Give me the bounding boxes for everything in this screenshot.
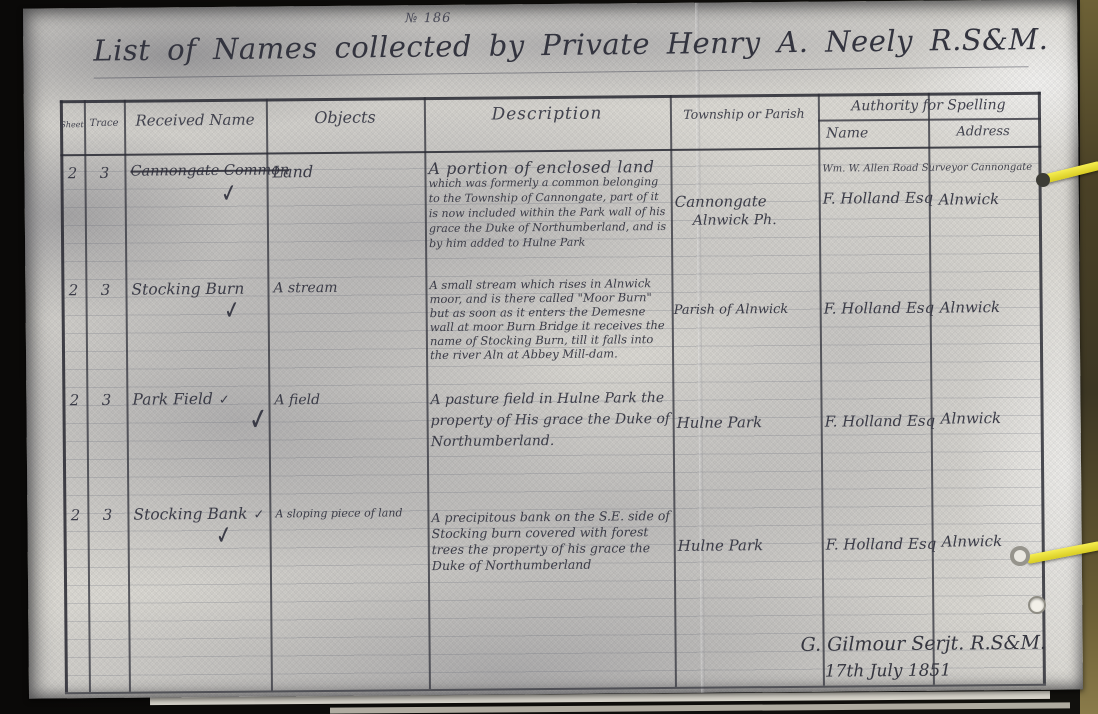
sheet-cell: 2	[61, 281, 85, 299]
authority-name-cell: F. Holland Esq	[823, 189, 953, 208]
description-cell: A small stream which rises in Alnwick mo…	[429, 276, 672, 362]
received-name: Park Field✓	[132, 389, 292, 409]
punched-hole	[1028, 596, 1046, 614]
description-cell: A precipitous bank on the S.E. side of S…	[431, 508, 674, 574]
sheet-cell: 2	[60, 164, 84, 182]
column-header-authority: Authority for Spelling	[818, 97, 1039, 116]
check-mark-icon: ✓	[214, 519, 234, 552]
trace-cell: 3	[84, 164, 124, 182]
page-number: № 186	[405, 11, 451, 27]
township-cell: Hulne Park	[678, 536, 820, 555]
table-row: 2 3 Park Field✓ ✓ A field A pasture fiel…	[23, 0, 1077, 9]
column-header-authority-address: Address	[930, 124, 1036, 141]
township-cell: Parish of Alnwick	[674, 302, 816, 319]
address-cell: Alnwick	[940, 298, 1040, 317]
object-cell: A stream	[273, 279, 423, 297]
authority-name-cell: Wm. W. Allen Road Surveyor Cannongate	[822, 163, 952, 176]
check-mark-icon: ✓	[222, 294, 242, 327]
object-cell: A sloping piece of land	[275, 506, 425, 520]
object-cell: A field	[274, 391, 424, 409]
signature-date: 17th July 1851	[825, 661, 951, 682]
column-header-objects: Objects	[266, 107, 424, 128]
trace-cell: 3	[85, 281, 125, 299]
address-cell: Alnwick	[939, 190, 1039, 209]
check-mark-icon: ✓	[213, 393, 230, 408]
address-cell: Alnwick	[941, 409, 1041, 428]
sheet-cell: 2	[62, 391, 86, 409]
column-header-trace: Trace	[84, 118, 124, 130]
photo-frame: № 186 List of Names collected by Private…	[0, 0, 1098, 714]
township-cell: Cannongate	[675, 192, 817, 211]
column-header-received-name: Received Name	[124, 110, 266, 129]
received-name: Stocking Burn	[131, 279, 291, 299]
sheet-cell: 2	[63, 506, 87, 524]
document-page: № 186 List of Names collected by Private…	[23, 0, 1083, 699]
description-cell: A portion of enclosed land which was for…	[428, 159, 671, 251]
township-cell-line2: Alnwick Ph.	[693, 212, 835, 230]
surveyor-signature: G. Gilmour Serjt. R.S&M.	[800, 632, 1046, 657]
table-row: 2 3 Stocking Burn ✓ A stream A small str…	[23, 0, 1077, 9]
authority-name-cell: F. Holland Esq	[825, 411, 955, 430]
column-header-sheet: Sheet	[59, 120, 85, 130]
page-title: List of Names collected by Private Henry…	[93, 22, 1028, 78]
cord-knot	[1036, 173, 1050, 187]
authority-name-cell: F. Holland Esq	[824, 299, 954, 318]
description-cell: A pasture field in Hulne Park the proper…	[430, 388, 673, 453]
table-row: 2 3 Cannongate Common ✓ Land A portion o…	[23, 0, 1077, 9]
stacked-sheet-edge	[330, 702, 1070, 713]
trace-cell: 3	[86, 391, 126, 409]
table-row: 2 3 Stocking Bank✓ ✓ A sloping piece of …	[23, 0, 1077, 9]
township-cell: Hulne Park	[677, 413, 819, 432]
received-name-text: Park Field	[132, 390, 213, 409]
received-name: Cannongate Common	[130, 162, 290, 181]
check-mark-icon: ✓	[246, 400, 270, 439]
metal-grommet	[1010, 546, 1030, 566]
column-header-township: Township or Parish	[670, 106, 818, 122]
authority-name-cell: F. Holland Esq	[826, 534, 956, 553]
check-mark-icon: ✓	[247, 508, 264, 523]
column-header-authority-name: Name	[826, 125, 924, 143]
check-mark-icon: ✓	[219, 177, 239, 210]
binding-edge	[1080, 0, 1098, 714]
object-cell: Land	[272, 161, 422, 181]
trace-cell: 3	[87, 506, 127, 524]
column-header-description: Description	[424, 103, 670, 126]
